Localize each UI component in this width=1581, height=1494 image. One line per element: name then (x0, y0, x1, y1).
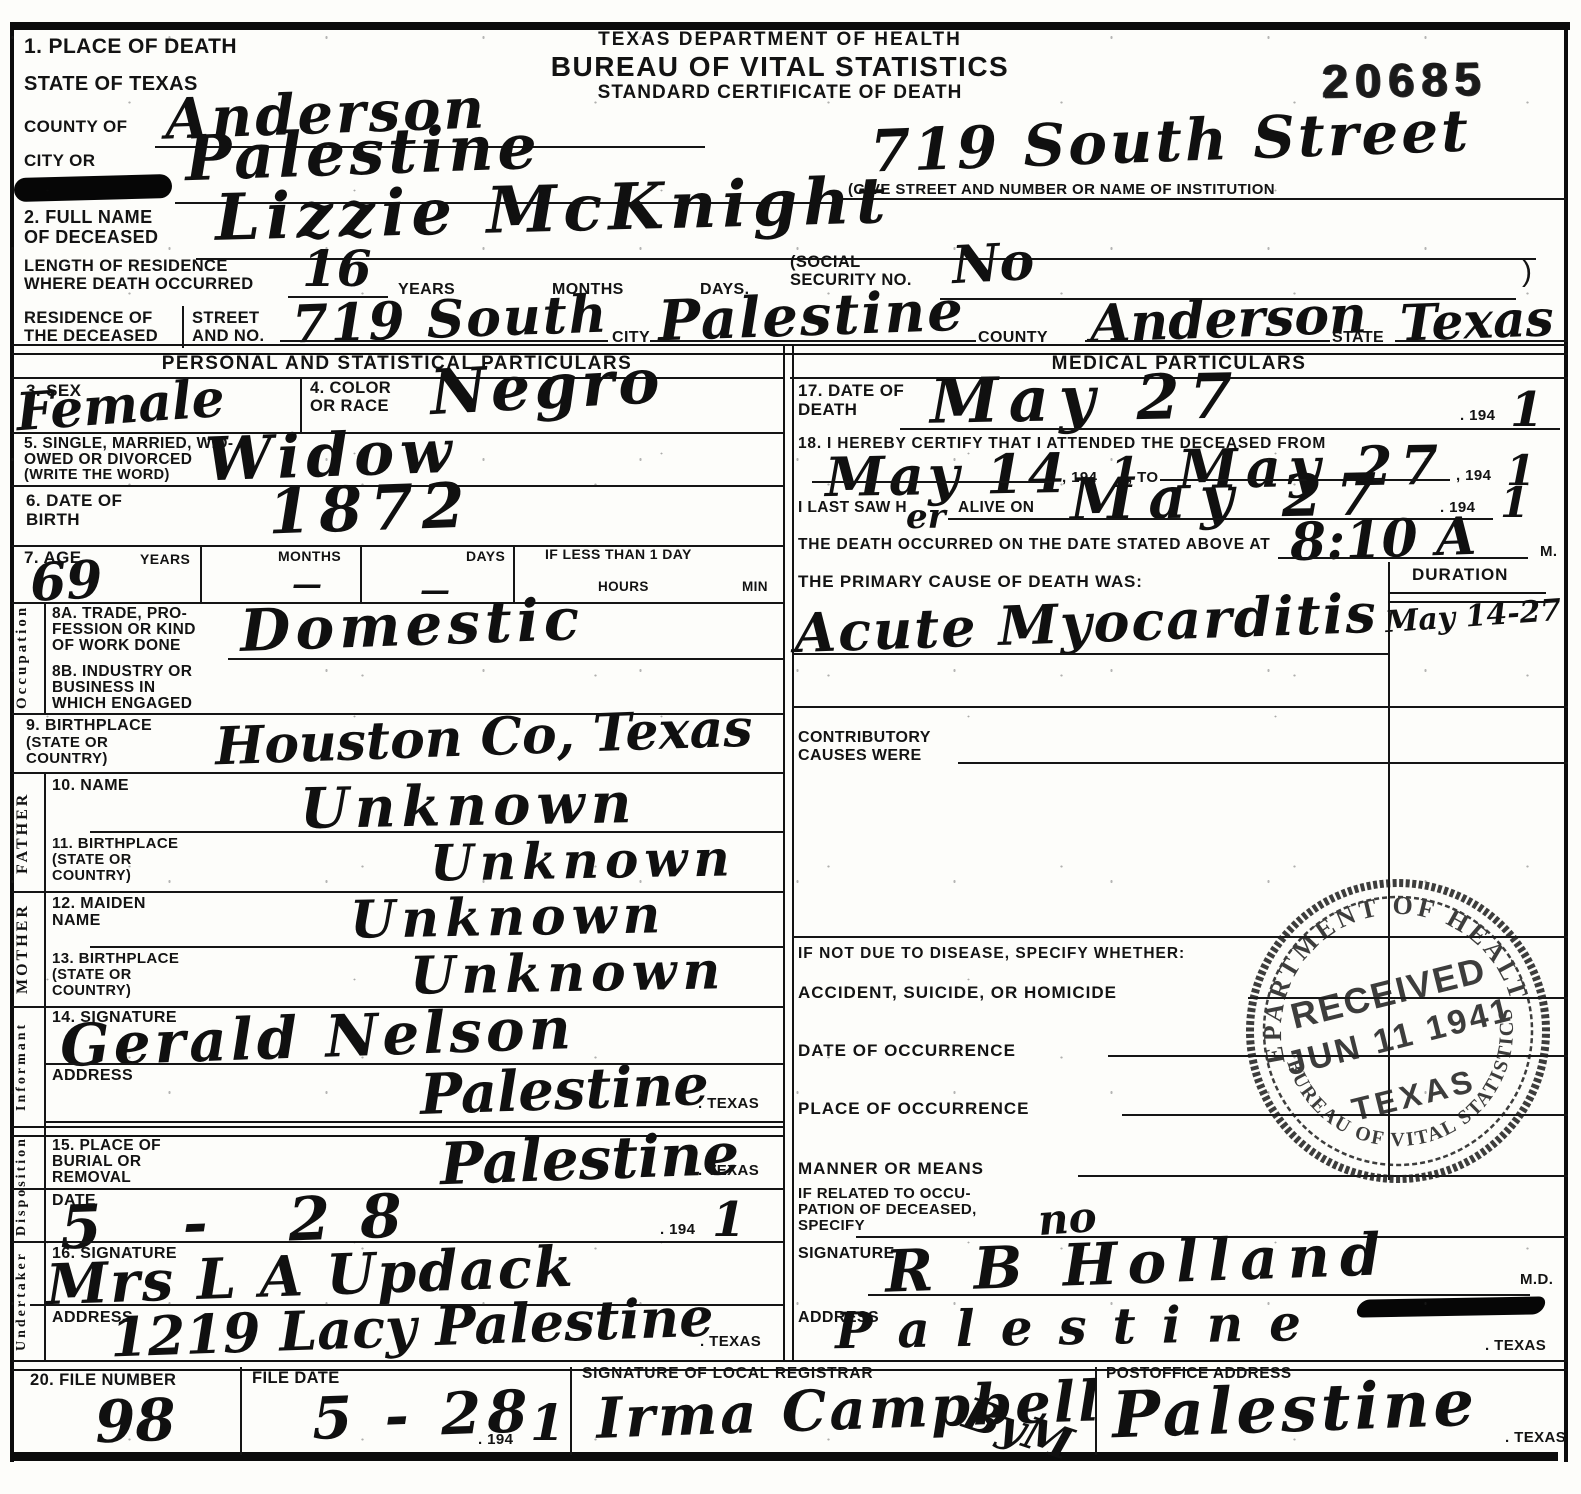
physician-sig-suffix: M.D. (1520, 1272, 1553, 1288)
burial-value: Palestine (439, 1125, 740, 1193)
mother-name-label-1: 12. MAIDEN (52, 896, 146, 913)
marital-label-3: (WRITE THE WORD) (24, 468, 170, 483)
divider (44, 602, 46, 713)
age-lessday-label: IF LESS THAN 1 DAY (545, 547, 692, 562)
file-number-value: 98 (94, 1391, 177, 1452)
lastsaw-label-2: ALIVE ON (958, 500, 1034, 516)
work-value: Domestic (239, 590, 585, 660)
burial-date-year-hw: 1 (712, 1196, 745, 1244)
occurred-time: 8:10 A (1289, 511, 1477, 569)
lastsaw-year-hw: 1 (1500, 482, 1529, 524)
lastsaw-hw1: er (906, 500, 946, 534)
border-right (1564, 22, 1568, 1462)
father-name-value: Unknown (300, 775, 638, 837)
placeocc-label: PLACE OF OCCURRENCE (798, 1100, 1030, 1118)
dod-label-1: 17. DATE OF (798, 382, 904, 400)
burial-label-1: 15. PLACE OF (52, 1138, 161, 1154)
column-divider (783, 344, 794, 1362)
race-label-1: 4. COLOR (310, 380, 391, 397)
dateocc-label: DATE OF OCCURRENCE (798, 1042, 1016, 1060)
contrib-label-2: CAUSES WERE (798, 748, 922, 765)
cause-label: THE PRIMARY CAUSE OF DEATH WAS: (798, 573, 1143, 591)
dod-value: May 27 (929, 365, 1243, 432)
attend-to-year: , 194 (1456, 468, 1491, 484)
rule (812, 481, 1052, 483)
mother-bp-label-1: 13. BIRTHPLACE (52, 951, 179, 967)
rule (1278, 557, 1528, 559)
file-date-year: . 194 (478, 1432, 513, 1448)
occupation-side-label: Occupation (14, 604, 31, 710)
residence-street-value: 719 South (291, 288, 609, 351)
race-value: Negro (429, 350, 665, 424)
notdisease-label: IF NOT DUE TO DISEASE, SPECIFY WHETHER: (798, 946, 1185, 962)
race-label-2: OR RACE (310, 398, 389, 415)
marital-label-1: 5. SINGLE, MARRIED, WID- (24, 436, 233, 452)
informant-addr-suffix: . TEXAS (698, 1096, 759, 1112)
mother-side-label: MOTHER (14, 898, 32, 1000)
cause-value: Acute Myocarditis (793, 586, 1378, 660)
physician-sig-label: SIGNATURE (798, 1246, 895, 1263)
lastsaw-label-1: I LAST SAW H (798, 500, 907, 516)
rule (228, 658, 783, 660)
informant-addr-value: Palestine (419, 1057, 710, 1123)
age-years-label: YEARS (140, 552, 190, 567)
undertaker-side-label: Undertaker (14, 1248, 30, 1354)
divider (240, 1367, 242, 1455)
undertaker-addr-suffix: . TEXAS (700, 1334, 761, 1350)
full-name-label-2: OF DECEASED (24, 228, 158, 247)
postoffice-suffix: . TEXAS (1505, 1430, 1566, 1446)
birth-label-1: 6. DATE OF (26, 492, 122, 510)
industry-label-1: 8B. INDUSTRY OR (52, 664, 192, 680)
rule (792, 706, 1568, 708)
street-no-label-2: AND NO. (192, 328, 264, 345)
burial-date-year: . 194 (660, 1222, 695, 1238)
file-date-year-hw: 1 (530, 1398, 565, 1448)
residence-years-value: 16 (302, 244, 372, 294)
street-caption: (GIVE STREET AND NUMBER OR NAME OF INSTI… (848, 182, 1275, 198)
informant-addr-label: ADDRESS (52, 1068, 133, 1085)
rule (792, 653, 1388, 655)
mother-name-value: Unknown (350, 889, 667, 947)
full-name-label-1: 2. FULL NAME (24, 208, 152, 227)
rule (900, 428, 1560, 430)
work-label-2: FESSION OR KIND (52, 622, 196, 638)
informant-side-label: Informant (14, 1014, 30, 1118)
mother-bp-label-3: COUNTRY) (52, 984, 131, 999)
age-min-label: MIN (742, 580, 768, 594)
father-bp-label-3: COUNTRY) (52, 869, 131, 884)
rule (196, 258, 1536, 260)
related-label-2: PATION OF DECEASED, (798, 1202, 977, 1218)
dod-year: . 194 (1460, 408, 1495, 424)
work-label-3: OF WORK DONE (52, 638, 181, 654)
occurred-suffix: M. (1540, 544, 1557, 560)
physician-addr-value: Palestine (835, 1298, 1328, 1357)
mother-name-label-2: NAME (52, 913, 101, 930)
postoffice-value: Palestine (1111, 1372, 1479, 1449)
physician-sig-value: R B Holland (884, 1225, 1391, 1301)
duration-label: DURATION (1412, 566, 1508, 584)
street-no-label-1: STREET (192, 310, 260, 327)
redaction-mark (1354, 1296, 1547, 1317)
divider (570, 1367, 572, 1455)
rule (280, 340, 608, 342)
burial-suffix: . TEXAS (698, 1163, 759, 1179)
father-name-label: 10. NAME (52, 778, 129, 795)
disposition-side-label: Disposition (14, 1138, 30, 1236)
divider (182, 306, 184, 348)
received-stamp: DEPARTMENT OF HEALTH BUREAU OF VITAL STA… (1243, 876, 1553, 1186)
father-bp-label-1: 11. BIRTHPLACE (52, 836, 178, 852)
birthplace-label-3: COUNTRY) (26, 751, 108, 767)
personal-section-title: PERSONAL AND STATISTICAL PARTICULARS (12, 354, 782, 374)
dept-line2: BUREAU OF VITAL STATISTICS (500, 52, 1060, 82)
rule (1085, 340, 1330, 342)
redaction-mark (14, 174, 173, 202)
city-label: CITY OR (24, 152, 95, 170)
manner-label: MANNER OR MEANS (798, 1160, 984, 1178)
death-certificate-scan: 1. PLACE OF DEATH TEXAS DEPARTMENT OF HE… (0, 0, 1581, 1494)
burial-label-2: BURIAL OR (52, 1154, 141, 1170)
dod-year-hw: 1 (1510, 386, 1543, 434)
dept-line3: STANDARD CERTIFICATE OF DEATH (520, 83, 1040, 103)
father-bp-value: Unknown (430, 833, 737, 888)
birthplace-label-2: (STATE OR (26, 735, 108, 751)
related-label-3: SPECIFY (798, 1218, 865, 1234)
accident-label: ACCIDENT, SUICIDE, OR HOMICIDE (798, 984, 1117, 1002)
residence-county-value: Anderson (1089, 289, 1367, 351)
residence-label-1: RESIDENCE OF (24, 310, 153, 327)
rule (840, 198, 1566, 200)
residence-label-2: THE DECEASED (24, 328, 158, 345)
industry-label-2: BUSINESS IN (52, 680, 155, 696)
mother-bp-label-2: (STATE OR (52, 968, 132, 983)
residence-length-label-2: WHERE DEATH OCCURRED (24, 276, 254, 293)
birthplace-label-1: 9. BIRTHPLACE (26, 718, 152, 735)
place-of-death-label: 1. PLACE OF DEATH (24, 36, 237, 58)
ssn-close-paren: ) (1522, 256, 1532, 288)
attend-from: May 14 (825, 446, 1070, 504)
sex-value: Female (14, 373, 226, 439)
work-label-1: 8A. TRADE, PRO- (52, 606, 187, 622)
border-left (10, 22, 14, 1462)
dod-label-2: DEATH (798, 401, 857, 419)
divider (200, 545, 202, 602)
related-label-1: IF RELATED TO OCCU- (798, 1186, 971, 1202)
occurred-label: THE DEATH OCCURRED ON THE DATE STATED AB… (798, 537, 1271, 553)
contrib-label-1: CONTRIBUTORY (798, 730, 931, 747)
dept-line1: TEXAS DEPARTMENT OF HEALTH (520, 30, 1040, 50)
birthplace-value: Houston Co, Texas (214, 703, 753, 774)
birth-label-2: BIRTH (26, 511, 80, 529)
rule (650, 340, 976, 342)
age-months-label: MONTHS (278, 549, 341, 564)
residence-length-label-1: LENGTH OF RESIDENCE (24, 258, 228, 275)
father-bp-label-2: (STATE OR (52, 853, 132, 868)
county-label: COUNTY OF (24, 118, 127, 136)
industry-label-3: WHICH ENGAGED (52, 696, 192, 712)
rule (958, 762, 1568, 764)
border-bottom (10, 1452, 1558, 1461)
burial-label-3: REMOVAL (52, 1170, 131, 1186)
father-side-label: FATHER (14, 780, 32, 886)
age-days-label: DAYS (466, 549, 505, 564)
birth-value: 1872 (267, 474, 474, 543)
age-hours-label: HOURS (598, 580, 649, 594)
ssn-label-1: (SOCIAL (790, 254, 861, 271)
marital-label-2: OWED OR DIVORCED (24, 452, 192, 468)
physician-addr-suffix: . TEXAS (1485, 1338, 1546, 1354)
street-value: 719 South Street (869, 102, 1472, 181)
rule (1395, 340, 1568, 342)
